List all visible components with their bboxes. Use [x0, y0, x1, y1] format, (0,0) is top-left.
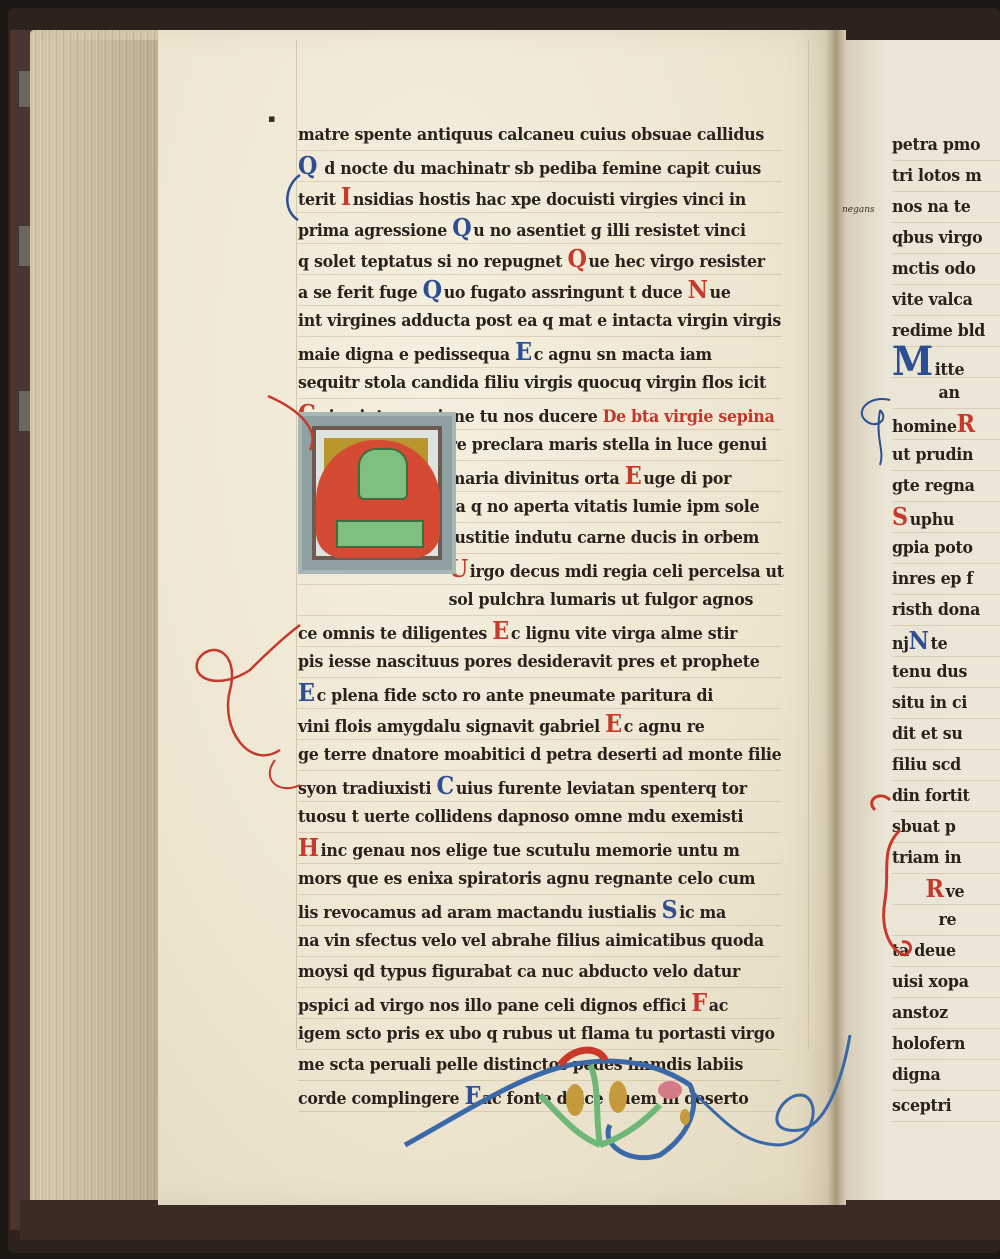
red-initial: H	[298, 833, 319, 863]
text-line: gte regna	[892, 471, 1000, 502]
text-line: syon tradiuxisti Cuius furente leviatan …	[298, 771, 782, 802]
text-line: Q d nocte du machinatr sb pediba femine …	[298, 151, 782, 182]
margin-annotation: negans	[842, 205, 875, 215]
text-line: filiu scd	[892, 750, 1000, 781]
page-edges-shade	[40, 40, 160, 1200]
green-foliage-panel	[358, 448, 408, 500]
blue-pen-flourish-icon	[280, 170, 320, 230]
text-line: Mitte	[892, 347, 1000, 378]
text-line: na vin sfectus velo vel abrahe filius ai…	[298, 926, 782, 957]
text-line: risth dona	[892, 595, 1000, 626]
text-line: inres ep f	[892, 564, 1000, 595]
text-line: ge terre dnatore moabitici d petra deser…	[298, 740, 782, 771]
red-pen-flourish-icon	[170, 390, 330, 810]
left-text-block: matre spente antiquus calcaneu cuius obs…	[298, 120, 818, 1112]
text-line: Suphu	[892, 502, 1000, 533]
red-initial: Q	[567, 244, 586, 274]
text-line: a se ferit fuge Quo fugato assringunt t …	[298, 275, 782, 306]
text-line: sol pulchra lumaris ut fulgor agnos	[298, 585, 782, 616]
text-line: tuosu t uerte collidens dapnoso omne mdu…	[298, 802, 782, 833]
text-line: moysi qd typus figurabat ca nuc abducto …	[298, 957, 782, 988]
cover-bottom	[20, 1200, 1000, 1240]
text-line: dit et su	[892, 719, 1000, 750]
blue-initial: E	[515, 337, 532, 367]
red-initial: R	[957, 409, 975, 439]
text-line: lis revocamus ad aram mactandu iustialis…	[298, 895, 782, 926]
blue-initial: C	[436, 771, 453, 801]
text-line: int virgines adducta post ea q mat e int…	[298, 306, 782, 337]
red-initial: E	[492, 616, 509, 646]
rubric-heading: De bta virgie sepina	[603, 407, 775, 427]
text-line: anstoz	[892, 998, 1000, 1029]
text-line: pis iesse nascituus pores desideravit pr…	[298, 647, 782, 678]
text-line: vite valca	[892, 285, 1000, 316]
text-line: q solet teptatus si no repugnet Que hec …	[298, 244, 782, 275]
blue-initial: M	[892, 347, 933, 377]
blue-initial: Q	[423, 275, 442, 305]
text-line: mctis odo	[892, 254, 1000, 285]
text-line: holofern	[892, 1029, 1000, 1060]
text-line: matre spente antiquus calcaneu cuius obs…	[298, 120, 782, 151]
red-initial: N	[688, 275, 708, 305]
text-line: pspici ad virgo nos illo pane celi digno…	[298, 988, 782, 1019]
red-initial: E	[625, 461, 642, 491]
text-line: Hinc genau nos elige tue scutulu memorie…	[298, 833, 782, 864]
red-pen-flourish-icon	[860, 780, 940, 980]
text-line: ce omnis te diligentes Ec lignu vite vir…	[298, 616, 782, 647]
text-line: njNte	[892, 626, 1000, 657]
red-initial: E	[605, 709, 622, 739]
red-initial: F	[691, 988, 707, 1018]
text-line: sceptri	[892, 1091, 1000, 1122]
text-line: prima agressione Qu no asentiet g illi r…	[298, 213, 782, 244]
blue-initial: N	[909, 626, 929, 656]
text-line: tenu dus	[892, 657, 1000, 688]
text-line: nos na te	[892, 192, 1000, 223]
text-line: gpia poto	[892, 533, 1000, 564]
text-line: sequitr stola candida filiu virgis quocu…	[298, 368, 782, 399]
text-line: situ in ci	[892, 688, 1000, 719]
text-line: terit Insidias hostis hac xpe docuisti v…	[298, 182, 782, 213]
ink-mark: ▪	[268, 112, 275, 125]
red-initial: I	[341, 182, 351, 212]
text-line: vini flois amygdalu signavit gabriel Ec …	[298, 709, 782, 740]
cover-spine-edge	[10, 30, 32, 1230]
text-line: qbus virgo	[892, 223, 1000, 254]
blue-initial: Q	[452, 213, 471, 243]
text-line: mors que es enixa spiratoris agnu regnan…	[298, 864, 782, 895]
blue-initial: S	[662, 895, 678, 925]
blue-pen-flourish-icon	[850, 390, 910, 470]
text-line: maie digna e pedissequa Ec agnu sn macta…	[298, 337, 782, 368]
text-line: petra pmo	[892, 130, 1000, 161]
red-initial: S	[892, 502, 908, 532]
text-line: tri lotos m	[892, 161, 1000, 192]
green-foliage-panel	[336, 520, 424, 548]
text-line: digna	[892, 1060, 1000, 1091]
bottom-foliage-decoration-icon	[400, 1035, 860, 1165]
text-line: Ec plena fide scto ro ante pneumate pari…	[298, 678, 782, 709]
